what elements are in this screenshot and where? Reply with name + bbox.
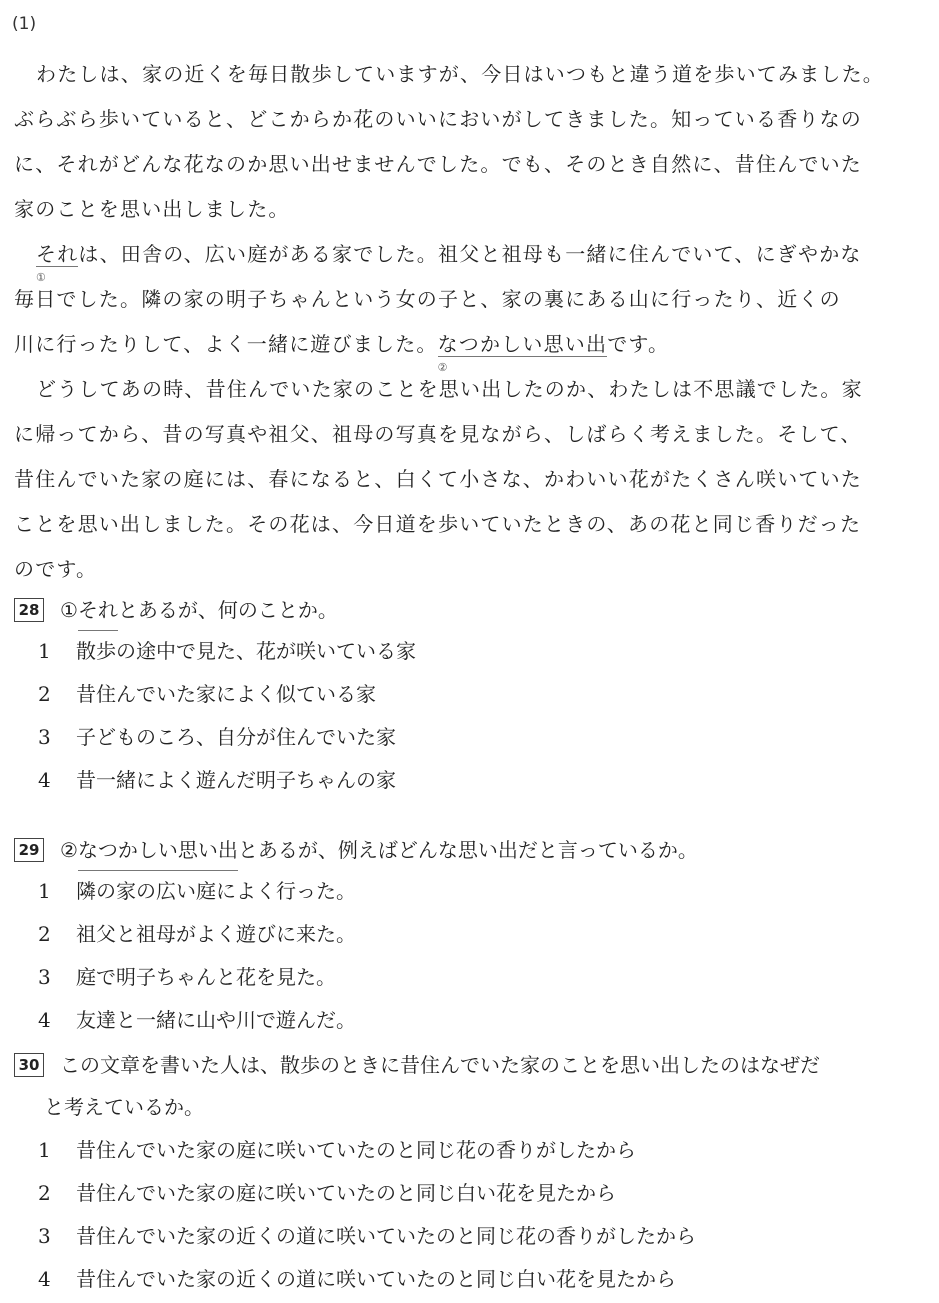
question-prompt: とあるが、何のことか。 xyxy=(118,590,338,630)
passage-line: 毎日でした。隣の家の明子ちゃんという女の子と、家の裏にある山に行ったり、近くの xyxy=(14,277,894,322)
option-4[interactable]: 4友達と一緒に山や川で遊んだ。 xyxy=(14,999,914,1042)
passage-line: 家のことを思い出しました。 xyxy=(14,187,894,232)
passage-line: のです。 xyxy=(14,547,894,592)
option-4[interactable]: 4昔一緒によく遊んだ明子ちゃんの家 xyxy=(14,759,914,802)
question-number-box: 30 xyxy=(14,1053,44,1077)
passage-text: 川に行ったりして、よく一緒に遊びました。 xyxy=(14,332,438,356)
option-3[interactable]: 3子どものころ、自分が住んでいた家 xyxy=(14,716,914,759)
question-prompt: この文章を書いた人は、散歩のときに昔住んでいた家のことを思い出したのはなぜだ xyxy=(60,1045,820,1085)
option-2[interactable]: 2祖父と祖母がよく遊びに来た。 xyxy=(14,913,914,956)
question-number-box: 28 xyxy=(14,598,44,622)
passage-text: です。 xyxy=(607,332,669,356)
question-prompt: とあるが、例えばどんな思い出だと言っているか。 xyxy=(238,830,698,870)
question-28: 28 ①それとあるが、何のことか。 1散歩の途中で見た、花が咲いている家 2昔住… xyxy=(14,590,914,802)
marker: ① xyxy=(60,590,78,630)
question-prompt-cont: と考えているか。 xyxy=(14,1085,914,1129)
passage-line: わたしは、家の近くを毎日散歩していますが、今日はいつもと違う道を歩いてみました。 xyxy=(14,52,894,97)
underlined-term: なつかしい思い出 xyxy=(78,830,238,871)
option-1[interactable]: 1隣の家の広い庭によく行った。 xyxy=(14,870,914,913)
option-1[interactable]: 1散歩の途中で見た、花が咲いている家 xyxy=(14,630,914,673)
option-2[interactable]: 2昔住んでいた家の庭に咲いていたのと同じ白い花を見たから xyxy=(14,1172,914,1215)
passage-line: に、それがどんな花なのか思い出せませんでした。でも、そのとき自然に、昔住んでいた xyxy=(14,142,894,187)
marker: ② xyxy=(60,830,78,870)
passage-text: は、田舎の、広い庭がある家でした。祖父と祖母も一緒に住んでいて、にぎやかな xyxy=(78,242,861,266)
passage-line-underline-1: それ①は、田舎の、広い庭がある家でした。祖父と祖母も一緒に住んでいて、にぎやかな xyxy=(14,232,894,277)
passage-line: どうしてあの時、昔住んでいた家のことを思い出したのか、わたしは不思議でした。家 xyxy=(14,367,894,412)
passage-line: に帰ってから、昔の写真や祖父、祖母の写真を見ながら、しばらく考えました。そして、 xyxy=(14,412,894,457)
underline-natsukashii: なつかしい思い出② xyxy=(438,332,608,357)
underlined-term: それ xyxy=(78,590,118,631)
option-3[interactable]: 3庭で明子ちゃんと花を見た。 xyxy=(14,956,914,999)
passage-line-underline-2: 川に行ったりして、よく一緒に遊びました。なつかしい思い出②です。 xyxy=(14,322,894,367)
passage-line: ことを思い出しました。その花は、今日道を歩いていたときの、あの花と同じ香りだった xyxy=(14,502,894,547)
underline-sore: それ① xyxy=(36,242,78,267)
option-2[interactable]: 2昔住んでいた家によく似ている家 xyxy=(14,673,914,716)
option-3[interactable]: 3昔住んでいた家の近くの道に咲いていたのと同じ花の香りがしたから xyxy=(14,1215,914,1258)
question-29: 29 ②なつかしい思い出とあるが、例えばどんな思い出だと言っているか。 1隣の家… xyxy=(14,830,914,1042)
option-4[interactable]: 4昔住んでいた家の近くの道に咲いていたのと同じ白い花を見たから xyxy=(14,1258,914,1301)
question-number-box: 29 xyxy=(14,838,44,862)
option-1[interactable]: 1昔住んでいた家の庭に咲いていたのと同じ花の香りがしたから xyxy=(14,1129,914,1172)
question-30: 30 この文章を書いた人は、散歩のときに昔住んでいた家のことを思い出したのはなぜ… xyxy=(14,1045,914,1301)
passage-line: 昔住んでいた家の庭には、春になると、白くて小さな、かわいい花がたくさん咲いていた xyxy=(14,457,894,502)
passage-line: ぶらぶら歩いていると、どこからか花のいいにおいがしてきました。知っている香りなの xyxy=(14,97,894,142)
reading-passage: わたしは、家の近くを毎日散歩していますが、今日はいつもと違う道を歩いてみました。… xyxy=(14,52,894,592)
section-label: (1) xyxy=(12,14,36,34)
